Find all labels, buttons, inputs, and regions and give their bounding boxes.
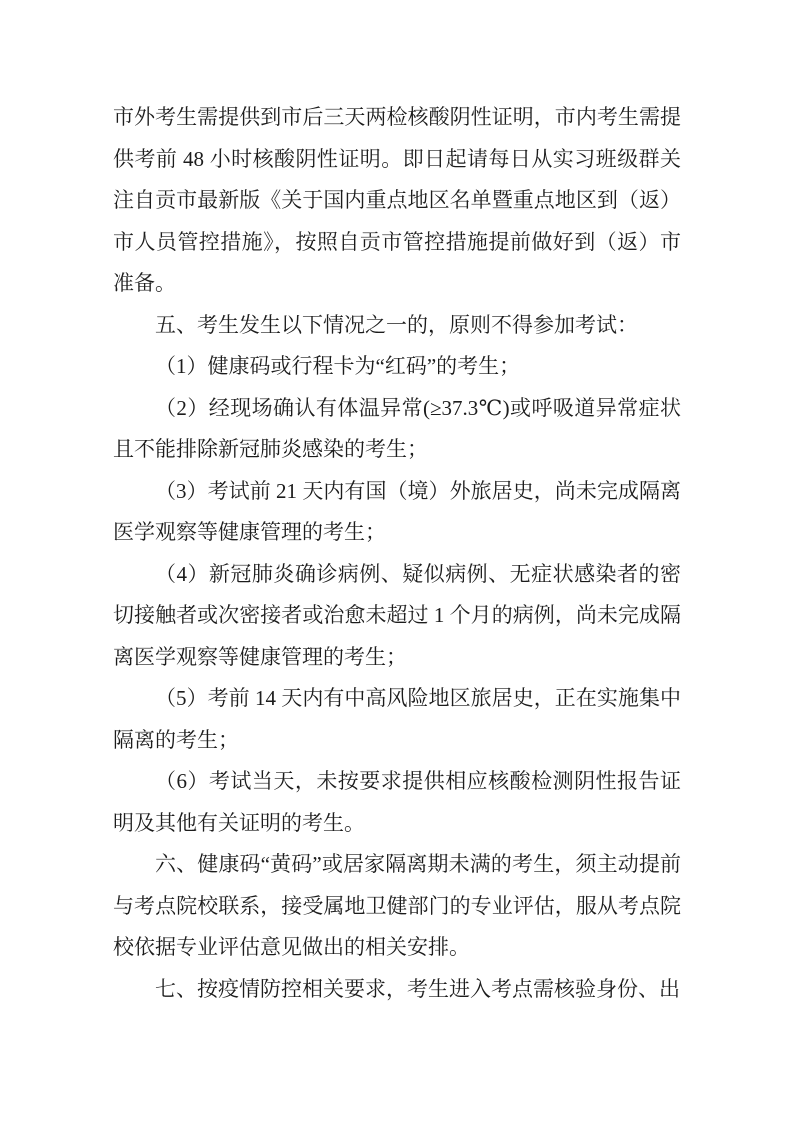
paragraph-condition-2: （2）经现场确认有体温异常(≥37.3℃)或呼吸道异常症状且不能排除新冠肺炎感染… [113,388,681,471]
paragraph-condition-3: （3）考试前 21 天内有国（境）外旅居史，尚未完成隔离医学观察等健康管理的考生… [113,471,681,554]
paragraph-section-6: 六、健康码“黄码”或居家隔离期未满的考生，须主动提前与考点院校联系，接受属地卫健… [113,844,681,969]
paragraph-section-7-truncated: 七、按疫情防控相关要求，考生进入考点需核验身份、出 [113,969,681,1011]
paragraph-condition-6: （6）考试当天，未按要求提供相应核酸检测阴性报告证明及其他有关证明的考生。 [113,761,681,844]
paragraph-condition-4: （4）新冠肺炎确诊病例、疑似病例、无症状感染者的密切接触者或次密接者或治愈未超过… [113,554,681,679]
document-page: 市外考生需提供到市后三天两检核酸阴性证明，市内考生需提供考前 48 小时核酸阴性… [0,0,793,1122]
paragraph-section-5-heading: 五、考生发生以下情况之一的，原则不得参加考试： [113,305,681,347]
paragraph-condition-1: （1）健康码或行程卡为“红码”的考生； [113,346,681,388]
paragraph-nucleic-acid-continuation: 市外考生需提供到市后三天两检核酸阴性证明，市内考生需提供考前 48 小时核酸阴性… [113,97,681,305]
paragraph-condition-5: （5）考前 14 天内有中高风险地区旅居史，正在实施集中隔离的考生； [113,678,681,761]
document-body: 市外考生需提供到市后三天两检核酸阴性证明，市内考生需提供考前 48 小时核酸阴性… [113,97,681,1010]
